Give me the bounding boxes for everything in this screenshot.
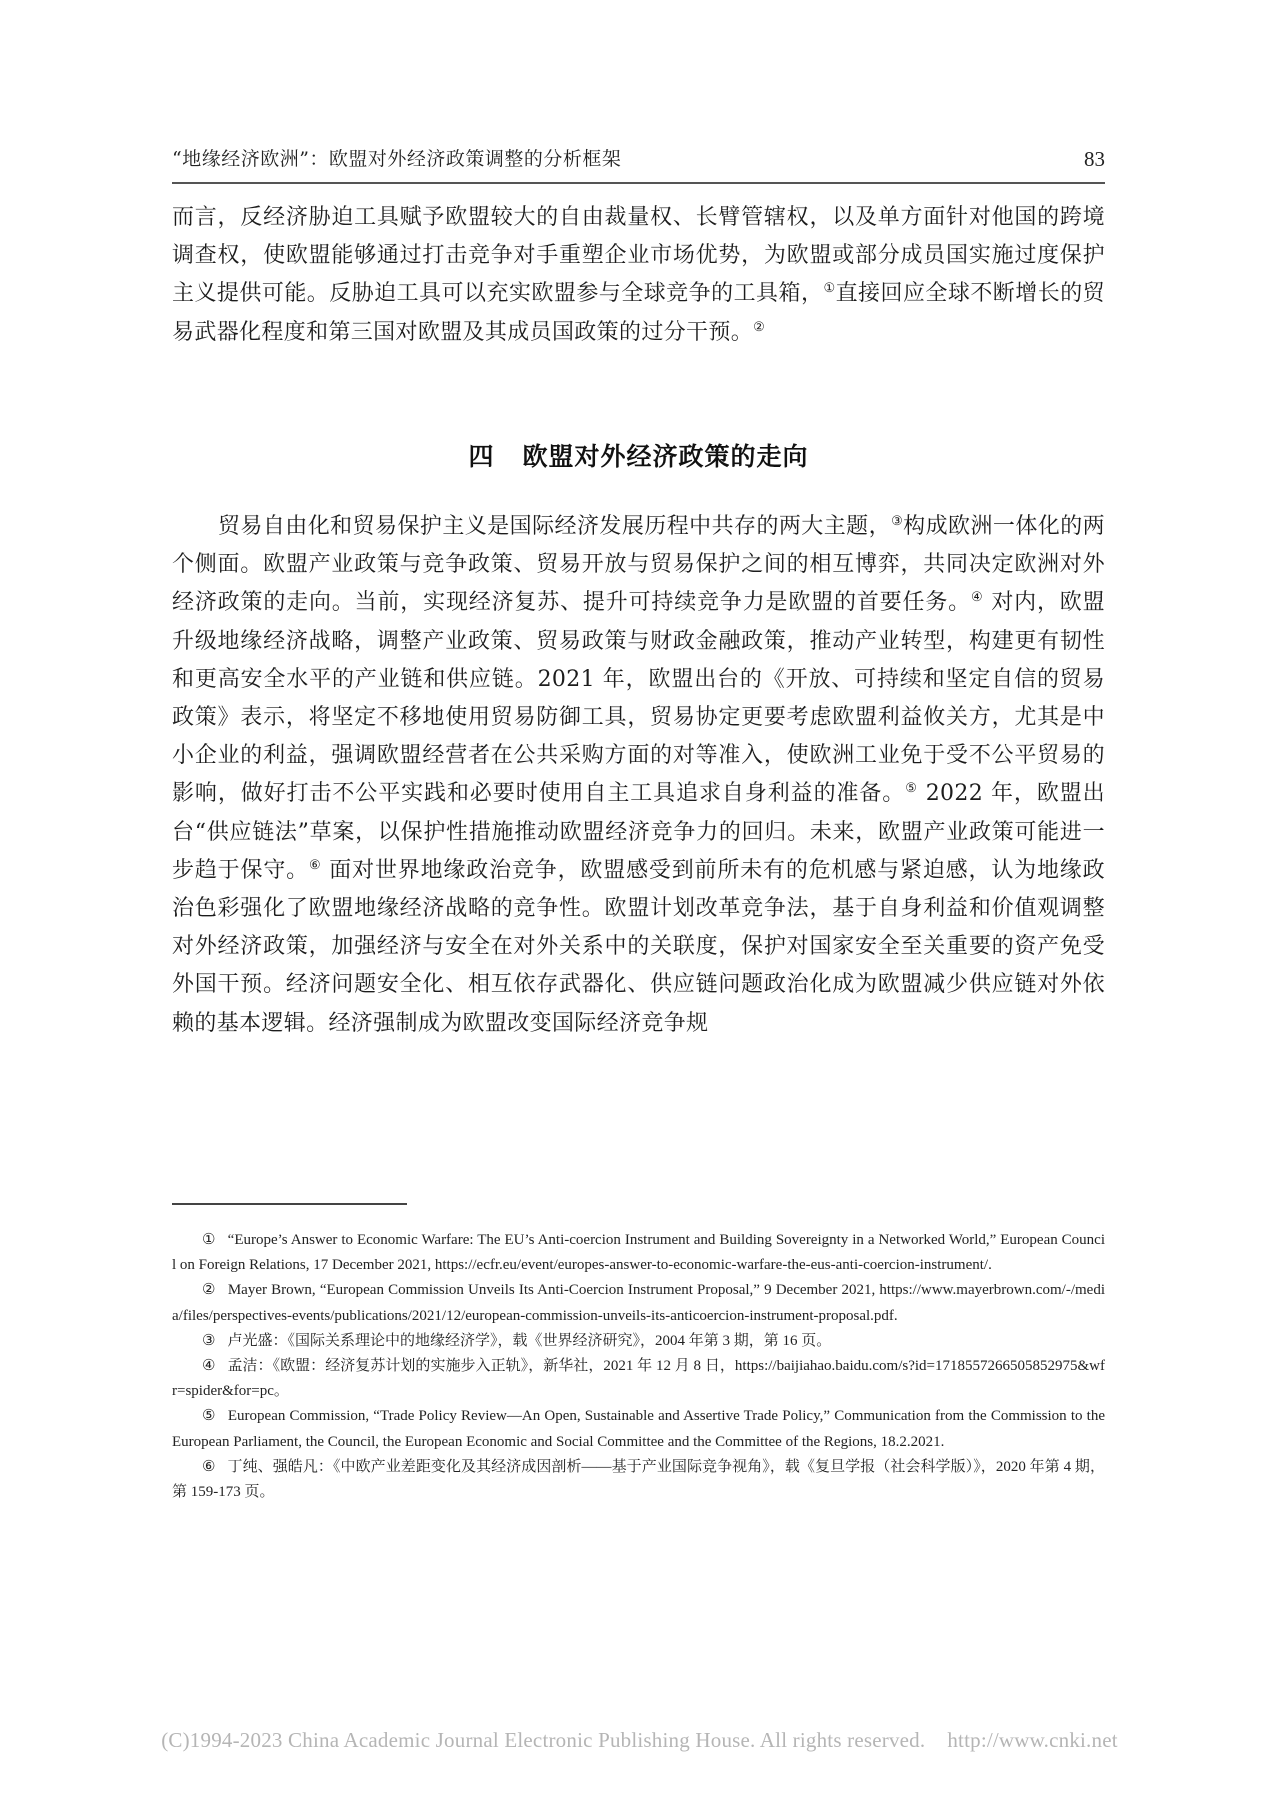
footnote-text: 卢光盛：《国际关系理论中的地缘经济学》，载《世界经济研究》，2004 年第 3 …	[227, 1333, 831, 1349]
paragraph: 贸易自由化和贸易保护主义是国际经济发展历程中共存的两大主题，③构成欧洲一体化的两…	[172, 508, 1105, 1043]
footnote-mark: ⑤	[202, 1408, 216, 1424]
cnki-url[interactable]: http://www.cnki.net	[947, 1728, 1117, 1752]
footnote-text: Mayer Brown, “European Commission Unveil…	[172, 1282, 1105, 1323]
copyright-text: (C)1994-2023 China Academic Journal Elec…	[161, 1728, 925, 1752]
footnote-ref-6[interactable]: ⑥	[309, 858, 321, 873]
footnote-4: ④孟洁：《欧盟：经济复苏计划的实施步入正轨》，新华社，2021 年 12 月 8…	[172, 1354, 1105, 1404]
footnote-5: ⑤European Commission, “Trade Policy Revi…	[172, 1404, 1105, 1454]
footnote-mark: ⑥	[202, 1459, 216, 1475]
copyright-watermark: (C)1994-2023 China Academic Journal Elec…	[0, 1728, 1279, 1753]
footnote-ref-1[interactable]: ①	[823, 281, 835, 296]
footnote-ref-2[interactable]: ②	[753, 320, 765, 335]
footnote-ref-4[interactable]: ④	[971, 590, 983, 605]
footnote-mark: ②	[202, 1282, 216, 1298]
footnote-mark: ④	[202, 1358, 215, 1374]
page-number: 83	[1084, 144, 1105, 174]
paragraph-continued: 而言，反经济胁迫工具赋予欧盟较大的自由裁量权、长臂管辖权，以及单方面针对他国的跨…	[172, 199, 1105, 352]
footnote-ref-3[interactable]: ③	[891, 514, 903, 529]
footnote-divider	[172, 1203, 407, 1205]
section-heading: 四欧盟对外经济政策的走向	[172, 437, 1105, 477]
footnote-3: ③卢光盛：《国际关系理论中的地缘经济学》，载《世界经济研究》，2004 年第 3…	[172, 1329, 1105, 1354]
footnote-text: European Commission, “Trade Policy Revie…	[172, 1408, 1105, 1449]
section-number: 四	[468, 442, 494, 471]
running-header: “地缘经济欧洲”：欧盟对外经济政策调整的分析框架 83	[172, 144, 1105, 174]
paragraph-text: 贸易自由化和贸易保护主义是国际经济发展历程中共存的两大主题，	[218, 514, 891, 539]
footnote-text: 孟洁：《欧盟：经济复苏计划的实施步入正轨》，新华社，2021 年 12 月 8 …	[172, 1358, 1105, 1399]
paragraph-text: 对内，欧盟升级地缘经济战略，调整产业政策、贸易政策与财政金融政策，推动产业转型，…	[172, 590, 1105, 806]
footnote-mark: ③	[202, 1333, 215, 1349]
footnote-text: 丁纯、强皓凡：《中欧产业差距变化及其经济成因剖析——基于产业国际竞争视角》，载《…	[172, 1459, 1105, 1500]
paragraph-text: 面对世界地缘政治竞争，欧盟感受到前所未有的危机感与紧迫感，认为地缘政治色彩强化了…	[172, 858, 1105, 1036]
footnote-2: ②Mayer Brown, “European Commission Unvei…	[172, 1278, 1105, 1328]
running-title: “地缘经济欧洲”：欧盟对外经济政策调整的分析框架	[172, 144, 621, 174]
footnotes: ①“Europe’s Answer to Economic Warfare: T…	[172, 1228, 1105, 1505]
footnote-mark: ①	[202, 1232, 216, 1248]
section-title: 欧盟对外经济政策的走向	[523, 442, 809, 471]
footnote-ref-5[interactable]: ⑤	[905, 781, 918, 796]
footnote-1: ①“Europe’s Answer to Economic Warfare: T…	[172, 1228, 1105, 1278]
header-divider	[172, 182, 1105, 184]
footnote-text: “Europe’s Answer to Economic Warfare: Th…	[172, 1232, 1105, 1273]
footnote-6: ⑥丁纯、强皓凡：《中欧产业差距变化及其经济成因剖析——基于产业国际竞争视角》，载…	[172, 1455, 1105, 1505]
